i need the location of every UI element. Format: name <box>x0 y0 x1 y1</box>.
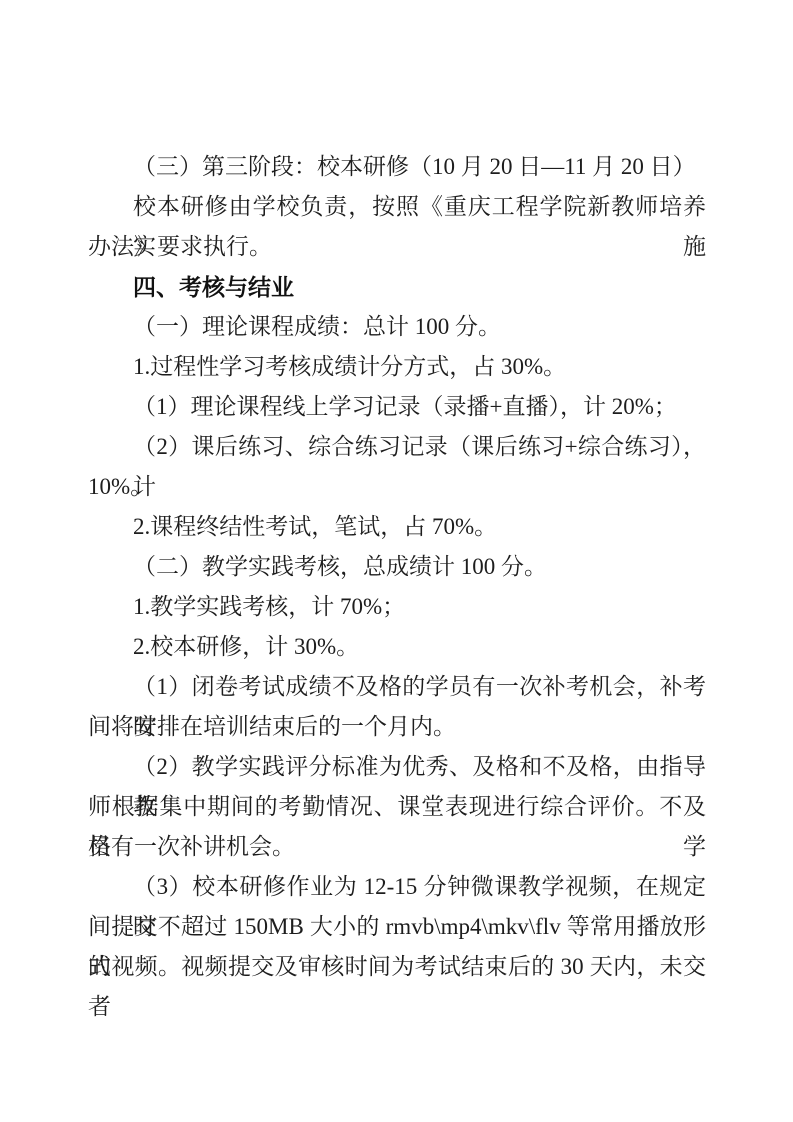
text-line: 2.校本研修，计 30%。 <box>88 627 706 667</box>
text-line: （1）理论课程线上学习记录（录播+直播），计 20%； <box>88 387 706 427</box>
text-line: （2）教学实践评分标准为优秀、及格和不及格，由指导教 <box>88 747 706 787</box>
text-line: 间提交不超过 150MB 大小的 rmvb\mp4\mkv\flv 等常用播放形… <box>88 907 706 947</box>
text-line: 的视频。视频提交及审核时间为考试结束后的 30 天内，未交者 <box>88 947 706 987</box>
text-line: 间将安排在培训结束后的一个月内。 <box>88 707 706 747</box>
text-line: （三）第三阶段：校本研修（10 月 20 日—11 月 20 日） <box>88 147 706 187</box>
text-line: 2.课程终结性考试，笔试，占 70%。 <box>88 507 706 547</box>
text-line: （1）闭卷考试成绩不及格的学员有一次补考机会，补考时 <box>88 667 706 707</box>
text-line: （2）课后练习、综合练习记录（课后练习+综合练习），计 <box>88 427 706 467</box>
text-line: 校本研修由学校负责，按照《重庆工程学院新教师培养实施 <box>88 187 706 227</box>
document-page: （三）第三阶段：校本研修（10 月 20 日—11 月 20 日） 校本研修由学… <box>0 0 793 1122</box>
text-line: 师根据集中期间的考勤情况、课堂表现进行综合评价。不及格学 <box>88 787 706 827</box>
section-heading: 四、考核与结业 <box>88 267 706 307</box>
text-line: 10%。 <box>88 467 706 507</box>
text-line: 1.教学实践考核，计 70%； <box>88 587 706 627</box>
text-line: （3）校本研修作业为 12-15 分钟微课教学视频，在规定时 <box>88 867 706 907</box>
text-line: 1.过程性学习考核成绩计分方式，占 30%。 <box>88 347 706 387</box>
text-line: （二）教学实践考核，总成绩计 100 分。 <box>88 547 706 587</box>
text-line: （一）理论课程成绩：总计 100 分。 <box>88 307 706 347</box>
